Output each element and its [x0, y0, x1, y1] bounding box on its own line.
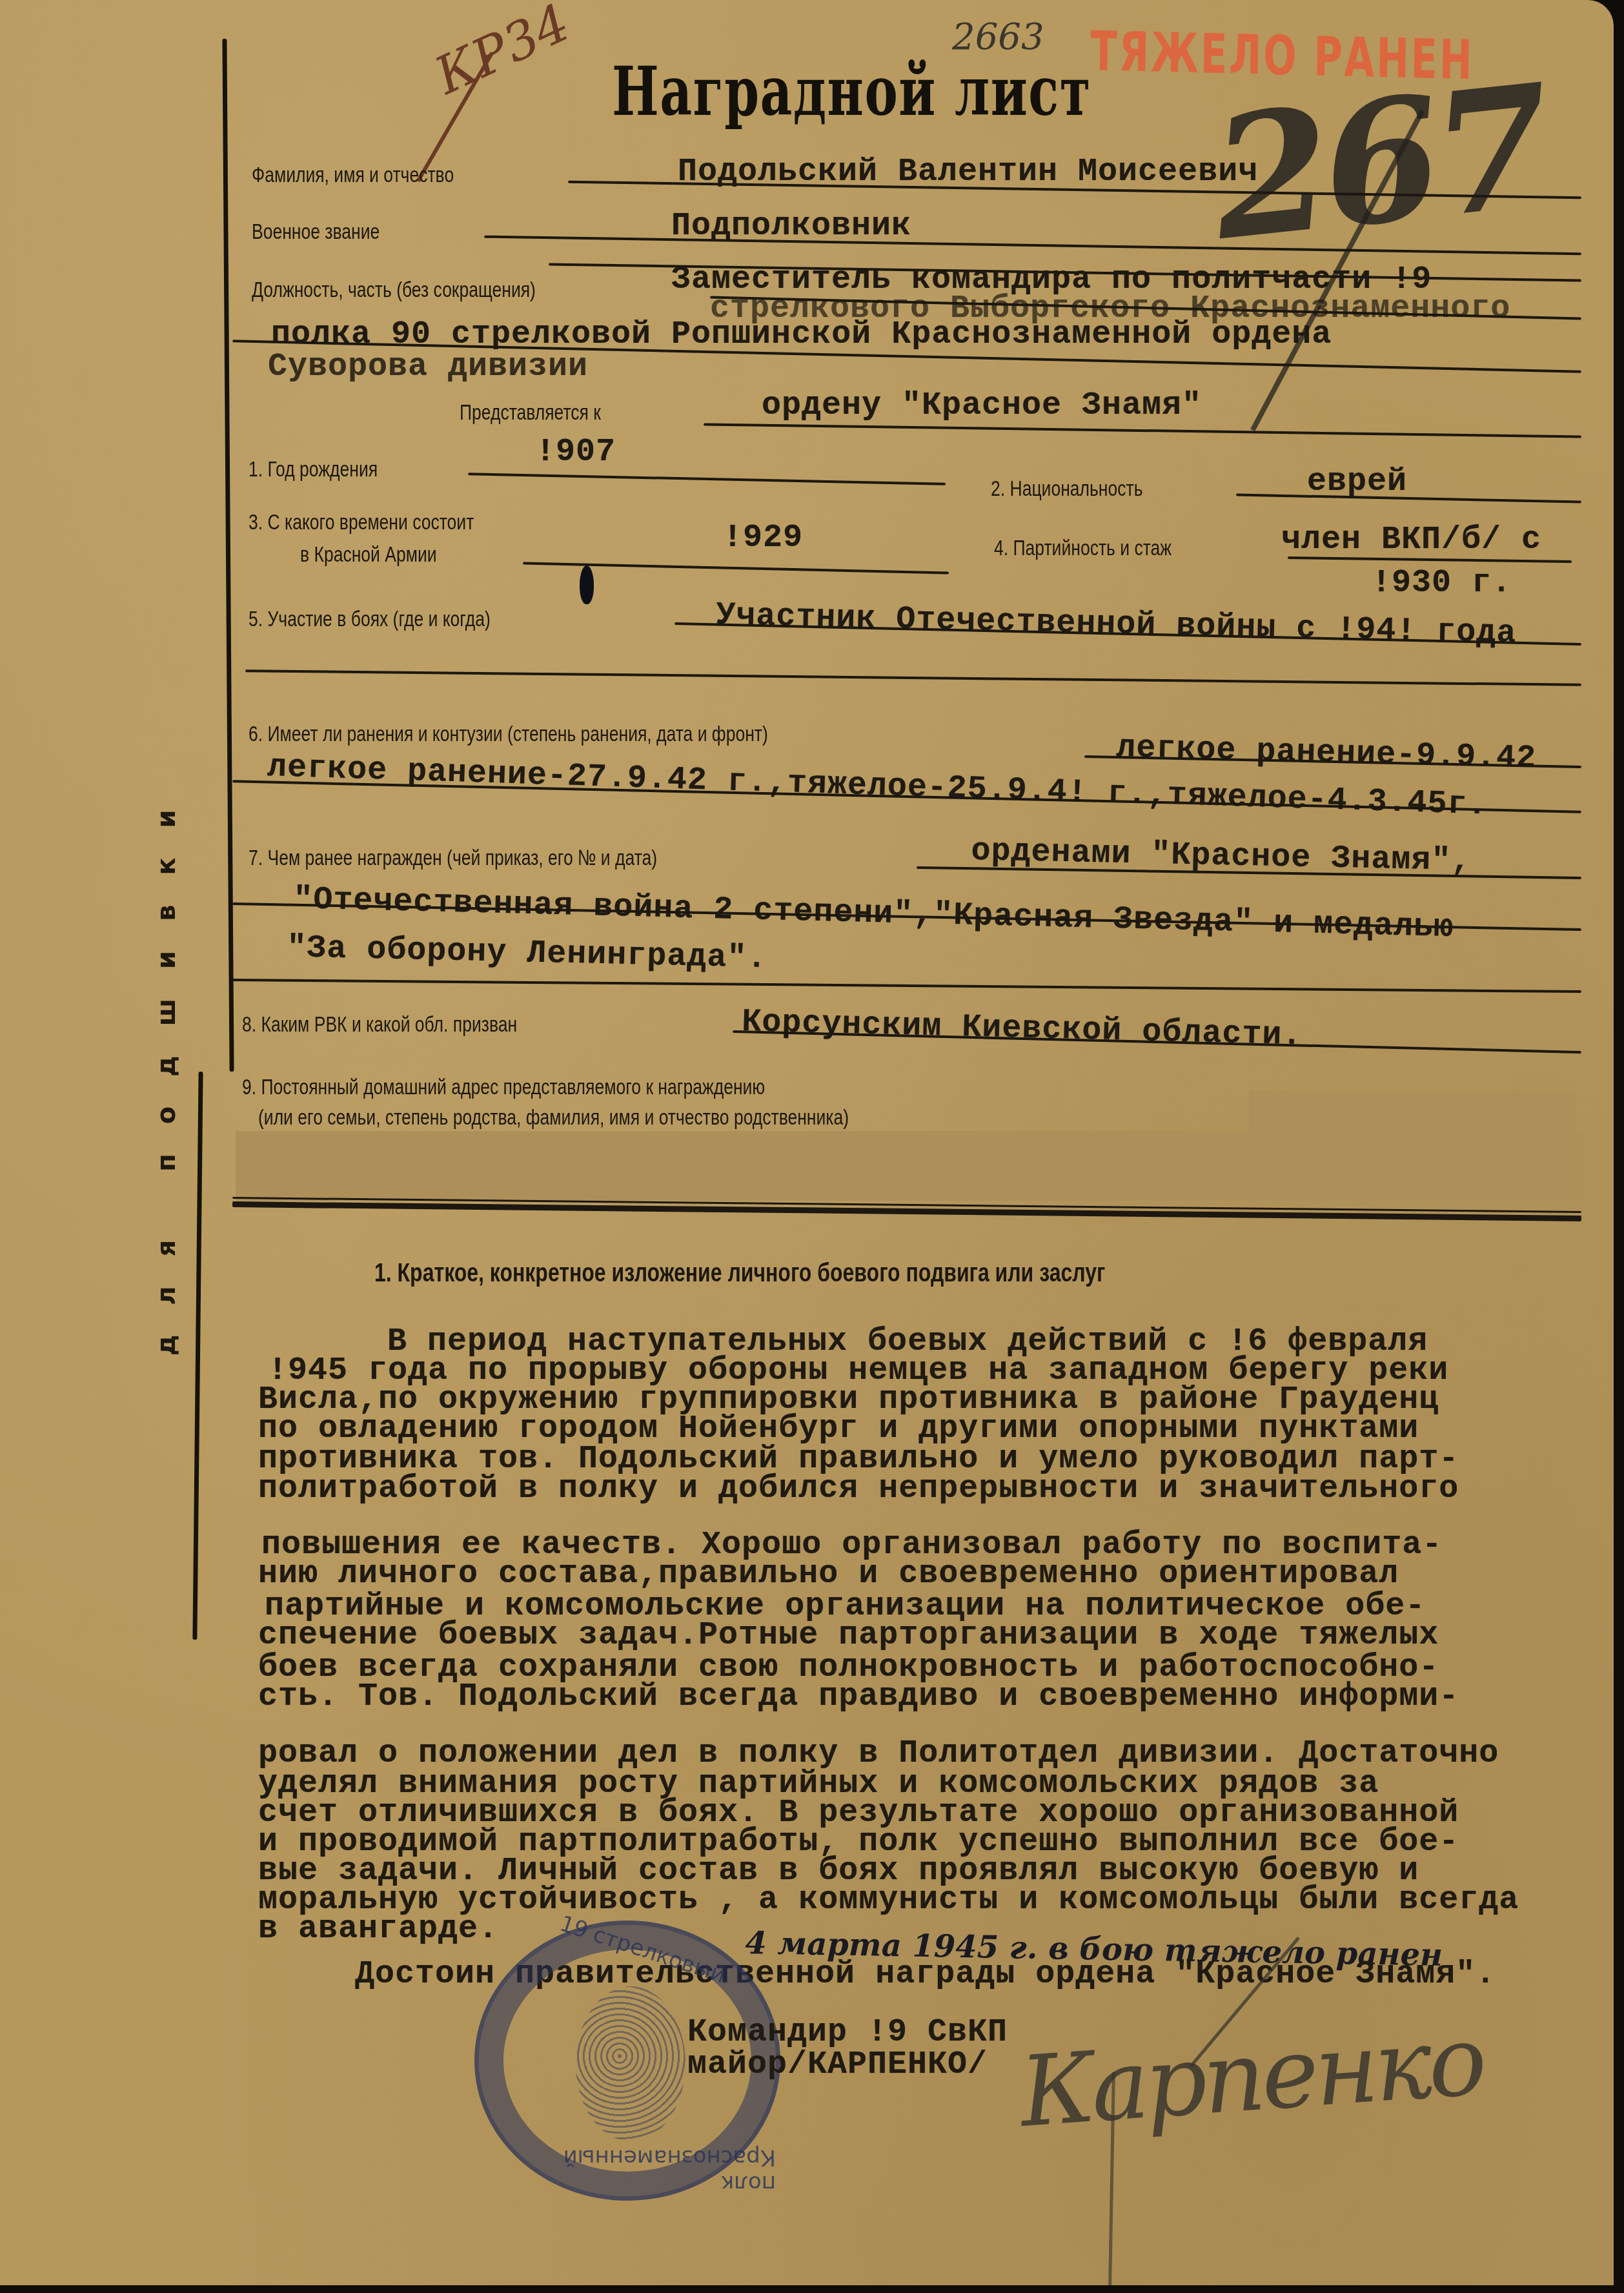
- nationality-underline: [1236, 493, 1581, 503]
- binding-margin-label: для подшивки: [152, 780, 181, 1356]
- ink-blot: [580, 566, 594, 604]
- previous-awards-underline-3: [232, 979, 1581, 993]
- home-address-label-2: (или его семьи, степень родства, фамилия…: [258, 1105, 849, 1130]
- document-title: Наградной лист: [612, 52, 1091, 131]
- commander-signature: Карпенко: [1017, 2004, 1487, 2149]
- rank-label: Военное звание: [252, 219, 380, 245]
- party-value-1: член ВКП/б/ с: [1281, 522, 1541, 558]
- in-army-since-value: !929: [723, 520, 803, 556]
- home-address-redaction-top: [1249, 1091, 1575, 1133]
- position-line-4: Суворова дивизии: [268, 349, 588, 385]
- wounds-value-1: легкое ранение-9.9.42: [1116, 729, 1537, 777]
- rank-value: Подполковник: [671, 208, 911, 245]
- birth-year-underline: [468, 473, 946, 485]
- award-sheet-paper: для подшивки 2663 ТЯЖЕЛО РАНЕН КР34 267 …: [0, 0, 1614, 2285]
- in-army-since-label-1: 3. С какого времени состоит: [249, 510, 474, 535]
- home-address-label-1: 9. Постоянный домашний адрес представляе…: [242, 1075, 765, 1100]
- nominated-for-value: ордену "Красное Знамя": [762, 387, 1202, 424]
- home-address-redaction: [236, 1131, 1583, 1201]
- battles-extra-rule: [245, 669, 1581, 686]
- position-line-3: полка 90 стрелковой Ропшинской Краснозна…: [271, 316, 1332, 353]
- narrative-heading: 1. Краткое, конкретное изложение личного…: [374, 1259, 1105, 1288]
- full-name-label: Фамилия, имя и отчество: [252, 163, 454, 188]
- seal-emblem-icon: [576, 1986, 685, 2141]
- drafted-value: Корсунским Киевской области.: [742, 1004, 1303, 1054]
- nominated-for-underline: [704, 423, 1581, 438]
- seal-top-text: 19 стрелковый: [556, 1911, 728, 1989]
- commander-name: майор/КАРПЕНКО/: [687, 2046, 988, 2083]
- narrative-line: в авангарде.: [258, 1911, 498, 1948]
- binding-margin-line: [222, 39, 234, 1072]
- party-label: 4. Партийность и стаж: [994, 536, 1172, 561]
- birth-year-value: !907: [536, 434, 616, 471]
- narrative-line: сть. Тов. Подольский всегда правдиво и с…: [258, 1678, 1459, 1715]
- battles-value: Участник Отечественной войны с !94! года: [716, 597, 1517, 652]
- previous-awards-line-3: "За оборону Ленинграда".: [287, 930, 767, 977]
- in-army-since-label-2: в Красной Армии: [300, 542, 437, 567]
- binding-margin-line-lower: [192, 1072, 203, 1640]
- nationality-label: 2. Национальность: [991, 476, 1142, 502]
- full-name-value: Подольский Валентин Моисеевич: [678, 154, 1258, 190]
- party-value-2: !930 г.: [1372, 565, 1512, 602]
- narrative-line: нию личного состава,правильно и своеврем…: [258, 1556, 1399, 1593]
- narrative-line: спечение боевых задач.Ротные парторганиз…: [258, 1617, 1439, 1654]
- narrative-line: политработой в полку и добился непрерывн…: [258, 1471, 1459, 1507]
- seal-bottom-text: полк Краснознаменный: [524, 2145, 776, 2196]
- wounds-label: 6. Имеет ли ранения и контузии (степень …: [249, 722, 768, 747]
- nominated-for-label: Представляется к: [460, 400, 601, 425]
- brown-pencil-mark: КР34: [426, 0, 578, 106]
- commander-title: Командир !9 СвКП: [687, 2014, 1008, 2051]
- position-label: Должность, часть (без сокращения): [252, 278, 536, 303]
- drafted-label: 8. Каким РВК и какой обл. призван: [242, 1012, 517, 1037]
- battles-label: 5. Участие в боях (где и когда): [249, 607, 491, 632]
- previous-awards-label: 7. Чем ранее награжден (чей приказ, его …: [249, 846, 657, 871]
- birth-year-label: 1. Год рождения: [249, 457, 378, 482]
